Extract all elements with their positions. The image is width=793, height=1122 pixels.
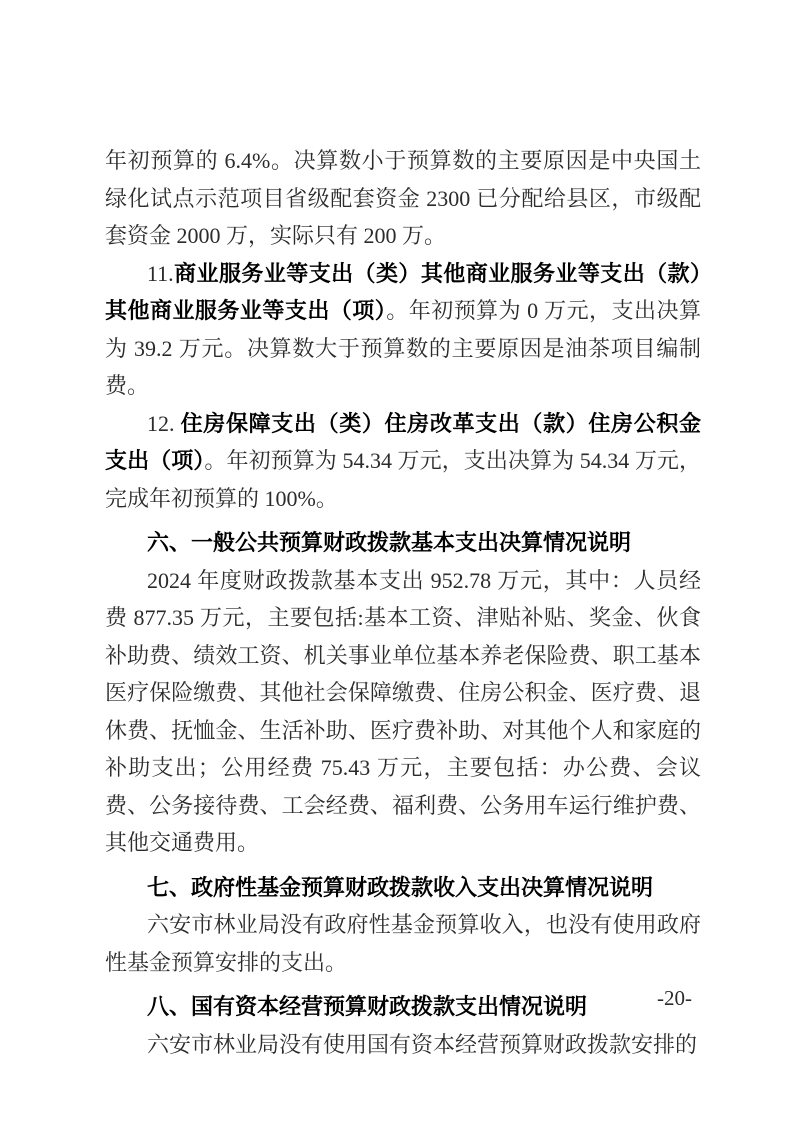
item-11-marker: 11.	[147, 261, 174, 286]
document-page: 年初预算的 6.4%。决算数小于预算数的主要原因是中央国土绿化试点示范项目省级配…	[0, 0, 793, 1122]
paragraph-item-12: 12. 住房保障支出（类）住房改革支出（款）住房公积金支出（项）。年初预算为 5…	[105, 405, 701, 518]
section-7-paragraph: 六安市林业局没有政府性基金预算收入，也没有使用政府性基金预算安排的支出。	[105, 906, 701, 981]
section-6-paragraph: 2024 年度财政拨款基本支出 952.78 万元，其中：人员经费 877.35…	[105, 562, 701, 862]
paragraph-item-11: 11.商业服务业等支出（类）其他商业服务业等支出（款）其他商业服务业等支出（项）…	[105, 255, 701, 405]
item-12-marker: 12.	[147, 411, 181, 436]
section-8-paragraph: 六安市林业局没有使用国有资本经营预算财政拨款安排的	[105, 1026, 701, 1064]
page-number: -20-	[657, 986, 692, 1010]
paragraph-budget-variance-carryover: 年初预算的 6.4%。决算数小于预算数的主要原因是中央国土绿化试点示范项目省级配…	[105, 142, 701, 255]
document-body: 年初预算的 6.4%。决算数小于预算数的主要原因是中央国土绿化试点示范项目省级配…	[105, 142, 701, 1063]
section-6-heading: 六、一般公共预算财政拨款基本支出决算情况说明	[105, 524, 701, 562]
section-7-heading: 七、政府性基金预算财政拨款收入支出决算情况说明	[105, 869, 701, 907]
section-8-heading: 八、国有资本经营预算财政拨款支出情况说明	[105, 988, 701, 1026]
